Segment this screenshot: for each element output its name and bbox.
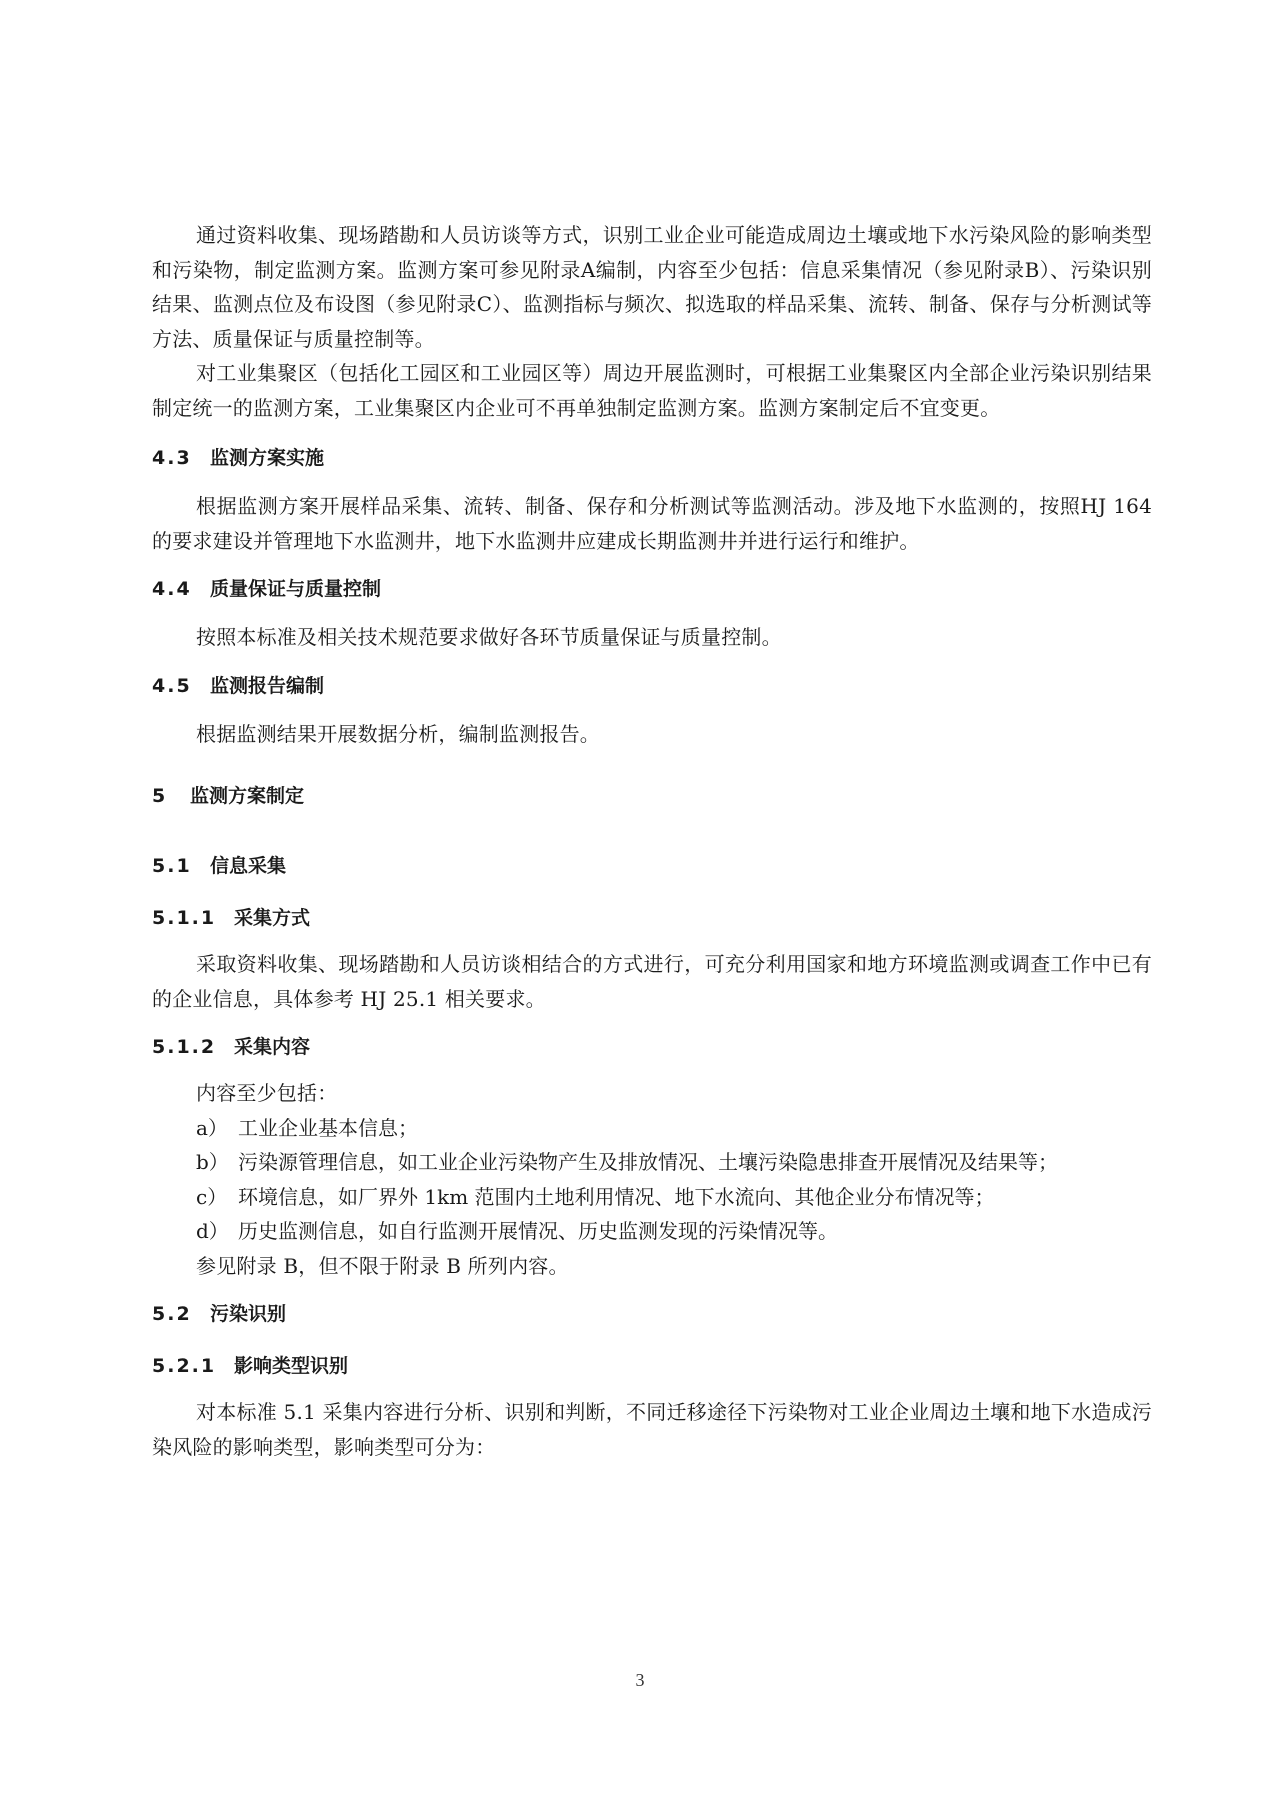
list-text: 环境信息，如厂界外 1km 范围内土地利用情况、地下水流向、其他企业分布情况等； [238, 1185, 995, 1209]
list-text: 污染源管理信息，如工业企业污染物产生及排放情况、土壤污染隐患排查开展情况及结果等… [238, 1150, 1058, 1174]
paragraph-industrial-cluster: 对工业集聚区（包括化工园区和工业园区等）周边开展监测时，可根据工业集聚区内全部企… [152, 356, 1152, 425]
page-content: 通过资料收集、现场踏勘和人员访谈等方式，识别工业企业可能造成周边土壤或地下水污染… [152, 218, 1152, 1464]
heading-4-4: 4.4质量保证与质量控制 [152, 574, 1152, 604]
heading-5: 5监测方案制定 [152, 781, 1152, 811]
list-text: 历史监测信息，如自行监测开展情况、历史监测发现的污染情况等。 [238, 1219, 838, 1243]
paragraph-plan-implementation: 根据监测方案开展样品采集、流转、制备、保存和分析测试等监测活动。涉及地下水监测的… [152, 489, 1152, 558]
list-item: c）环境信息，如厂界外 1km 范围内土地利用情况、地下水流向、其他企业分布情况… [152, 1180, 1152, 1215]
heading-5-2: 5.2污染识别 [152, 1299, 1152, 1329]
paragraph-impact-type: 对本标准 5.1 采集内容进行分析、识别和判断，不同迁移途径下污染物对工业企业周… [152, 1395, 1152, 1464]
list-text: 工业企业基本信息； [238, 1116, 418, 1140]
paragraph-content-intro: 内容至少包括： [152, 1076, 1152, 1111]
heading-title: 监测方案制定 [190, 785, 304, 807]
heading-title: 污染识别 [210, 1303, 286, 1325]
heading-number: 5.1 [152, 851, 210, 881]
list-item: b）污染源管理信息，如工业企业污染物产生及排放情况、土壤污染隐患排查开展情况及结… [152, 1145, 1152, 1180]
heading-number: 4.5 [152, 671, 210, 701]
heading-title: 采集内容 [234, 1036, 310, 1058]
heading-number: 5.2 [152, 1299, 210, 1329]
heading-title: 监测报告编制 [210, 675, 324, 697]
heading-5-2-1: 5.2.1影响类型识别 [152, 1351, 1152, 1381]
paragraph-quality-control: 按照本标准及相关技术规范要求做好各环节质量保证与质量控制。 [152, 620, 1152, 655]
document-page: 通过资料收集、现场踏勘和人员访谈等方式，识别工业企业可能造成周边土壤或地下水污染… [0, 0, 1280, 1810]
list-item: d）历史监测信息，如自行监测开展情况、历史监测发现的污染情况等。 [152, 1214, 1152, 1249]
paragraph-monitoring-plan: 通过资料收集、现场踏勘和人员访谈等方式，识别工业企业可能造成周边土壤或地下水污染… [152, 218, 1152, 356]
list-item: a）工业企业基本信息； [152, 1111, 1152, 1146]
heading-5-1-2: 5.1.2采集内容 [152, 1032, 1152, 1062]
heading-title: 质量保证与质量控制 [210, 578, 381, 600]
heading-title: 监测方案实施 [210, 447, 324, 469]
list-marker: c） [196, 1180, 238, 1215]
paragraph-report: 根据监测结果开展数据分析，编制监测报告。 [152, 717, 1152, 752]
heading-title: 信息采集 [210, 855, 286, 877]
content-list: a）工业企业基本信息； b）污染源管理信息，如工业企业污染物产生及排放情况、土壤… [152, 1111, 1152, 1249]
heading-4-3: 4.3监测方案实施 [152, 443, 1152, 473]
heading-number: 5.2.1 [152, 1351, 234, 1381]
list-marker: a） [196, 1111, 238, 1146]
paragraph-see-appendix: 参见附录 B，但不限于附录 B 所列内容。 [152, 1249, 1152, 1284]
heading-5-1: 5.1信息采集 [152, 851, 1152, 881]
paragraph-collection-method: 采取资料收集、现场踏勘和人员访谈相结合的方式进行，可充分利用国家和地方环境监测或… [152, 947, 1152, 1016]
list-marker: d） [196, 1214, 238, 1249]
page-number: 3 [0, 1670, 1280, 1691]
heading-number: 5.1.1 [152, 903, 234, 933]
heading-number: 4.3 [152, 443, 210, 473]
heading-5-1-1: 5.1.1采集方式 [152, 903, 1152, 933]
heading-4-5: 4.5监测报告编制 [152, 671, 1152, 701]
heading-number: 5.1.2 [152, 1032, 234, 1062]
heading-title: 采集方式 [234, 907, 310, 929]
heading-title: 影响类型识别 [234, 1355, 348, 1377]
list-marker: b） [196, 1145, 238, 1180]
heading-number: 4.4 [152, 574, 210, 604]
heading-number: 5 [152, 781, 190, 811]
